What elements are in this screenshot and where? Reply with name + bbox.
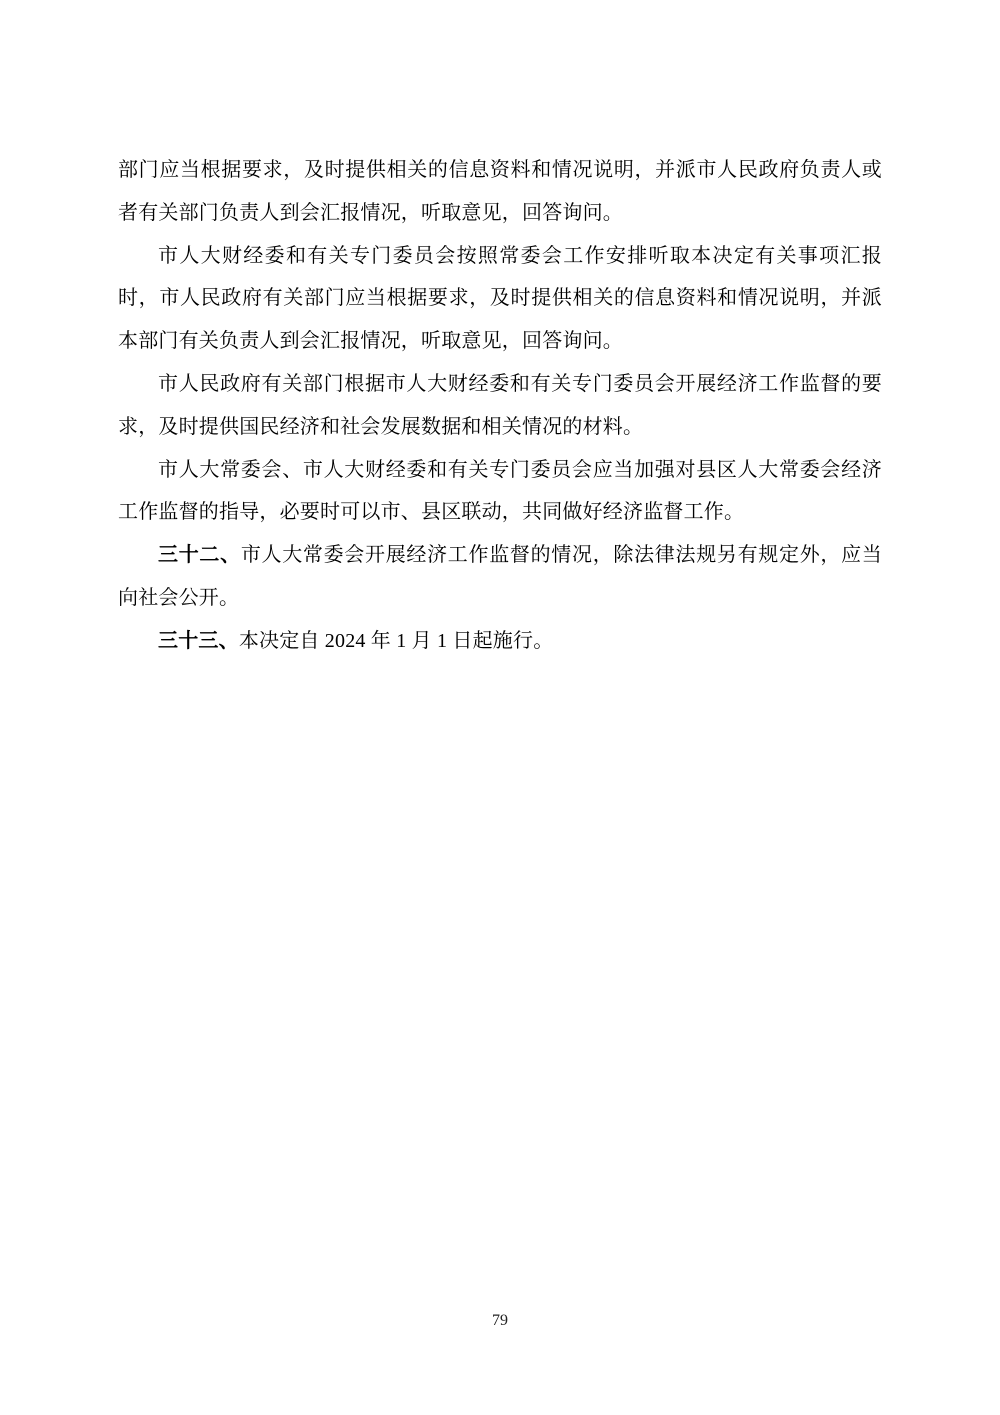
page-footer: 79 (0, 1311, 1000, 1331)
paragraph-continuation: 部门应当根据要求，及时提供相关的信息资料和情况说明，并派市人民政府负责人或者有关… (118, 149, 882, 235)
item-number-label: 三十三、 (158, 630, 239, 652)
paragraph-item-32: 三十二、市人大常委会开展经济工作监督的情况，除法律法规另有规定外，应当向社会公开… (118, 534, 882, 620)
paragraph: 市人民政府有关部门根据市人大财经委和有关专门委员会开展经济工作监督的要求，及时提… (118, 363, 882, 449)
page-number: 79 (492, 1312, 508, 1329)
paragraph-item-33: 三十三、本决定自 2024 年 1 月 1 日起施行。 (118, 620, 882, 663)
document-page: 部门应当根据要求，及时提供相关的信息资料和情况说明，并派市人民政府负责人或者有关… (0, 0, 1000, 1415)
paragraph-text: 市人民政府有关部门根据市人大财经委和有关专门委员会开展经济工作监督的要求，及时提… (118, 373, 882, 438)
item-number-label: 三十二、 (158, 544, 241, 566)
paragraph-text: 本决定自 2024 年 1 月 1 日起施行。 (239, 630, 554, 652)
paragraph: 市人大常委会、市人大财经委和有关专门委员会应当加强对县区人大常委会经济工作监督的… (118, 449, 882, 535)
paragraph: 市人大财经委和有关专门委员会按照常委会工作安排听取本决定有关事项汇报时，市人民政… (118, 235, 882, 363)
document-body: 部门应当根据要求，及时提供相关的信息资料和情况说明，并派市人民政府负责人或者有关… (118, 149, 882, 663)
paragraph-text: 市人大常委会、市人大财经委和有关专门委员会应当加强对县区人大常委会经济工作监督的… (118, 459, 882, 524)
paragraph-text: 部门应当根据要求，及时提供相关的信息资料和情况说明，并派市人民政府负责人或者有关… (118, 159, 882, 224)
paragraph-text: 市人大财经委和有关专门委员会按照常委会工作安排听取本决定有关事项汇报时，市人民政… (118, 245, 882, 353)
